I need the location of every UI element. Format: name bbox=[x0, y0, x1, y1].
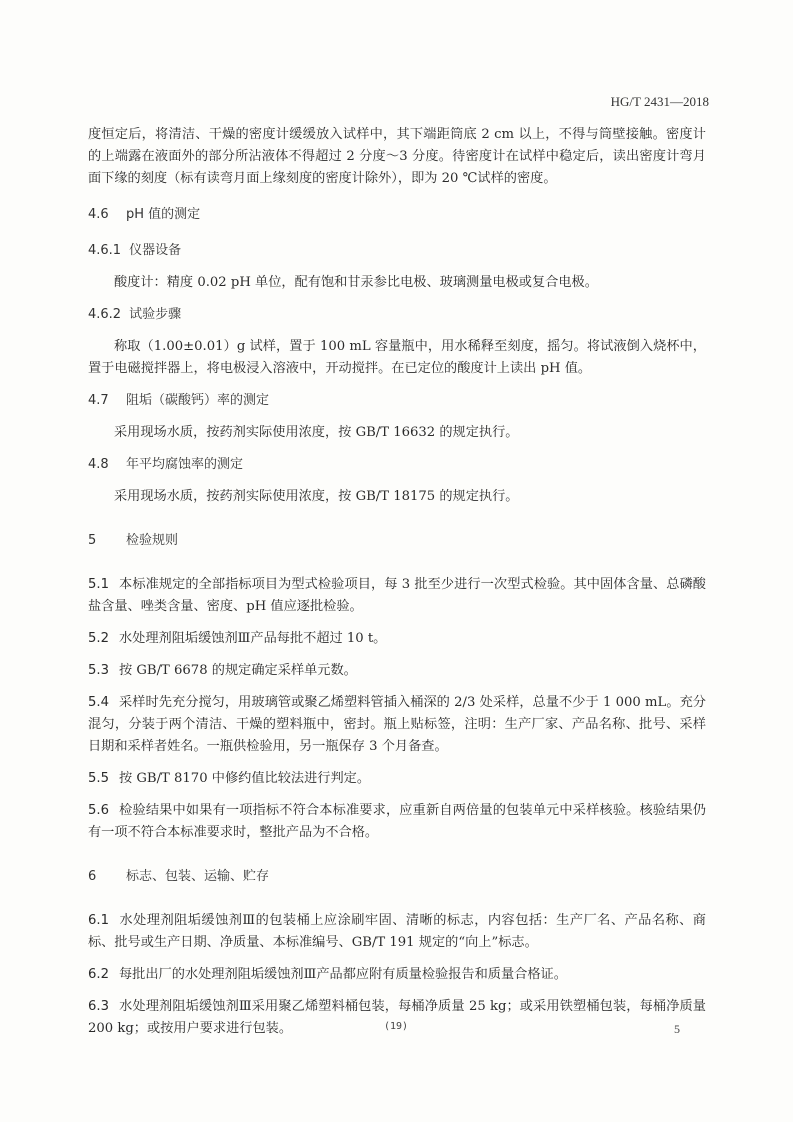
page-number: 5 bbox=[674, 1022, 680, 1037]
section-4-6-heading: 4.6pH 值的测定 bbox=[88, 204, 706, 226]
clause-5-1: 5.1本标准规定的全部指标项目为型式检验项目，每 3 批至少进行一次型式检验。其… bbox=[88, 574, 706, 618]
section-4-7-body: 采用现场水质，按药剂实际使用浓度，按 GB/T 16632 的规定执行。 bbox=[88, 422, 706, 444]
clause-5-3: 5.3按 GB/T 6678 的规定确定采样单元数。 bbox=[88, 660, 706, 682]
clause-6-3: 6.3水处理剂阻垢缓蚀剂Ⅲ采用聚乙烯塑料桶包装，每桶净质量 25 kg；或采用铁… bbox=[88, 996, 706, 1040]
volume-page-number: (19) bbox=[384, 1021, 408, 1032]
standard-code: HG/T 2431—2018 bbox=[611, 94, 709, 110]
clause-6-2: 6.2每批出厂的水处理剂阻垢缓蚀剂Ⅲ产品都应附有质量检验报告和质量合格证。 bbox=[88, 964, 706, 986]
section-4-8-body: 采用现场水质，按药剂实际使用浓度，按 GB/T 18175 的规定执行。 bbox=[88, 486, 706, 508]
section-4-6-1-heading: 4.6.1仪器设备 bbox=[88, 240, 706, 262]
section-5-heading: 5检验规则 bbox=[88, 530, 706, 552]
document-page: HG/T 2431—2018 度恒定后，将清洁、干燥的密度计缓缓放入试样中，其下… bbox=[0, 0, 793, 1122]
clause-5-4: 5.4采样时先充分搅匀，用玻璃管或聚乙烯塑料管插入桶深的 2/3 处采样，总量不… bbox=[88, 692, 706, 758]
page-content: 度恒定后，将清洁、干燥的密度计缓缓放入试样中，其下端距筒底 2 cm 以上，不得… bbox=[88, 124, 706, 1040]
section-6-heading: 6标志、包装、运输、贮存 bbox=[88, 866, 706, 888]
section-4-8-heading: 4.8年平均腐蚀率的测定 bbox=[88, 454, 706, 476]
clause-5-2: 5.2水处理剂阻垢缓蚀剂Ⅲ产品每批不超过 10 t。 bbox=[88, 628, 706, 650]
section-4-7-heading: 4.7阻垢（碳酸钙）率的测定 bbox=[88, 390, 706, 412]
clause-5-5: 5.5按 GB/T 8170 中修约值比较法进行判定。 bbox=[88, 768, 706, 790]
clause-5-6: 5.6检验结果中如果有一项指标不符合本标准要求，应重新自两倍量的包装单元中采样核… bbox=[88, 800, 706, 844]
section-4-6-2-heading: 4.6.2试验步骤 bbox=[88, 304, 706, 326]
clause-6-1: 6.1水处理剂阻垢缓蚀剂Ⅲ的包装桶上应涂刷牢固、清晰的标志，内容包括：生产厂名、… bbox=[88, 910, 706, 954]
section-4-6-2-body: 称取（1.00±0.01）g 试样，置于 100 mL 容量瓶中，用水稀释至刻度… bbox=[88, 336, 706, 380]
continuation-paragraph: 度恒定后，将清洁、干燥的密度计缓缓放入试样中，其下端距筒底 2 cm 以上，不得… bbox=[88, 124, 706, 190]
section-4-6-1-body: 酸度计：精度 0.02 pH 单位，配有饱和甘汞参比电极、玻璃测量电极或复合电极… bbox=[88, 272, 706, 294]
